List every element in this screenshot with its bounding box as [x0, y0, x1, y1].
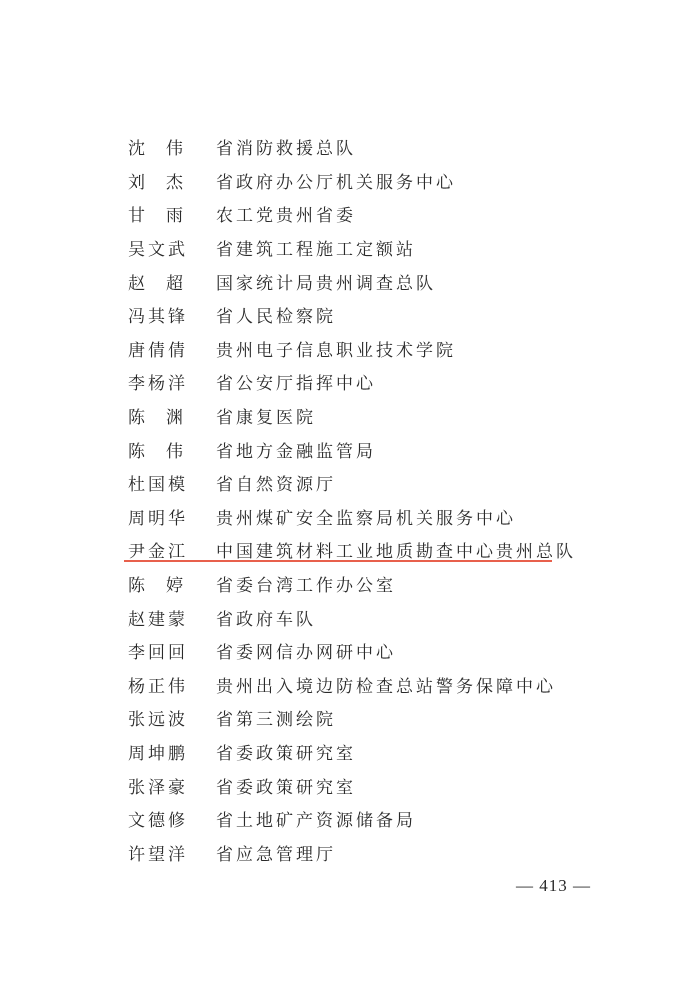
organization: 省消防救援总队 [216, 134, 356, 159]
list-item: 许望洋省应急管理厅 [128, 835, 576, 869]
organization: 省委政策研究室 [216, 739, 356, 764]
list-item: 文德修省土地矿产资源储备局 [128, 802, 576, 836]
person-name: 李回回 [128, 638, 216, 663]
list-item: 吴文武省建筑工程施工定额站 [128, 231, 576, 265]
list-item: 李杨洋省公安厅指挥中心 [128, 365, 576, 399]
organization: 省公安厅指挥中心 [216, 369, 376, 394]
person-name: 尹金江 [128, 537, 216, 562]
organization: 省政府办公厅机关服务中心 [216, 168, 456, 193]
organization: 贵州煤矿安全监察局机关服务中心 [216, 504, 516, 529]
organization: 省应急管理厅 [216, 840, 336, 865]
list-item: 张远波省第三测绘院 [128, 701, 576, 735]
person-name: 文德修 [128, 806, 216, 831]
person-name: 甘雨 [128, 201, 216, 226]
person-name: 陈婷 [128, 571, 216, 596]
organization: 省第三测绘院 [216, 705, 336, 730]
organization: 贵州电子信息职业技术学院 [216, 336, 456, 361]
organization: 国家统计局贵州调查总队 [216, 269, 436, 294]
person-name: 周坤鹏 [128, 739, 216, 764]
list-item: 唐倩倩贵州电子信息职业技术学院 [128, 332, 576, 366]
organization: 省地方金融监管局 [216, 437, 376, 462]
person-name: 杜国模 [128, 470, 216, 495]
list-item: 赵建蒙省政府车队 [128, 600, 576, 634]
person-name: 杨正伟 [128, 672, 216, 697]
list-item: 甘雨农工党贵州省委 [128, 197, 576, 231]
person-name: 陈渊 [128, 403, 216, 428]
person-name: 许望洋 [128, 840, 216, 865]
list-item: 李回回省委网信办网研中心 [128, 634, 576, 668]
person-name: 冯其锋 [128, 302, 216, 327]
list-item: 杨正伟贵州出入境边防检查总站警务保障中心 [128, 668, 576, 702]
organization: 省人民检察院 [216, 302, 336, 327]
list-item: 沈伟省消防救援总队 [128, 130, 576, 164]
person-name: 沈伟 [128, 134, 216, 159]
list-item: 周明华贵州煤矿安全监察局机关服务中心 [128, 500, 576, 534]
person-name: 赵超 [128, 269, 216, 294]
list-item: 陈婷省委台湾工作办公室 [128, 567, 576, 601]
page-number: — 413 — [516, 876, 591, 896]
list-item: 陈渊省康复医院 [128, 399, 576, 433]
organization: 省委政策研究室 [216, 773, 356, 798]
person-name: 张远波 [128, 705, 216, 730]
organization: 省康复医院 [216, 403, 316, 428]
organization: 省自然资源厅 [216, 470, 336, 495]
list-item: 刘杰省政府办公厅机关服务中心 [128, 164, 576, 198]
person-name: 李杨洋 [128, 369, 216, 394]
organization: 省土地矿产资源储备局 [216, 806, 416, 831]
person-name: 唐倩倩 [128, 336, 216, 361]
person-name: 张泽豪 [128, 773, 216, 798]
person-name: 陈伟 [128, 437, 216, 462]
organization: 省委台湾工作办公室 [216, 571, 396, 596]
organization: 农工党贵州省委 [216, 201, 356, 226]
red-underline [124, 560, 552, 562]
person-name: 刘杰 [128, 168, 216, 193]
person-name: 吴文武 [128, 235, 216, 260]
list-item: 张泽豪省委政策研究室 [128, 768, 576, 802]
list-item: 陈伟省地方金融监管局 [128, 432, 576, 466]
organization: 省建筑工程施工定额站 [216, 235, 416, 260]
organization: 省政府车队 [216, 605, 316, 630]
organization: 省委网信办网研中心 [216, 638, 396, 663]
organization: 中国建筑材料工业地质勘查中心贵州总队 [216, 537, 576, 562]
list-item: 冯其锋省人民检察院 [128, 298, 576, 332]
list-item: 杜国模省自然资源厅 [128, 466, 576, 500]
person-name: 周明华 [128, 504, 216, 529]
person-name: 赵建蒙 [128, 605, 216, 630]
list-item: 周坤鹏省委政策研究室 [128, 735, 576, 769]
name-list: 沈伟省消防救援总队 刘杰省政府办公厅机关服务中心 甘雨农工党贵州省委 吴文武省建… [128, 130, 576, 869]
list-item: 赵超国家统计局贵州调查总队 [128, 264, 576, 298]
organization: 贵州出入境边防检查总站警务保障中心 [216, 672, 556, 697]
